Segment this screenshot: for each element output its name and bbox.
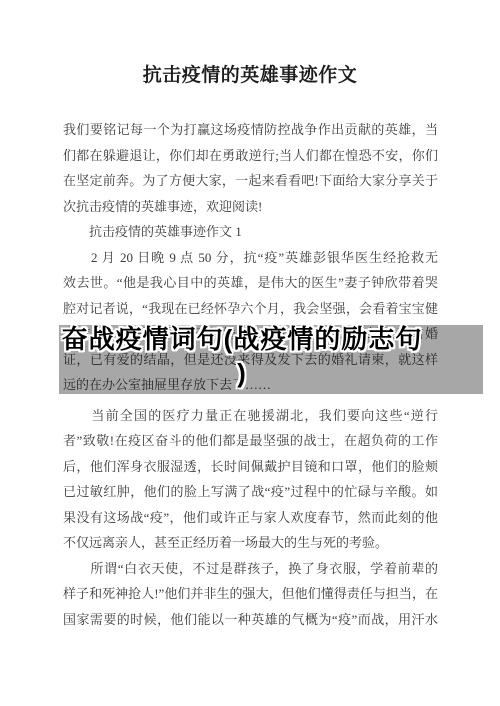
text-line: 已过敏红肿，他们的脸上写满了战“疫”过程中的忙碌与辛酸。如 — [63, 479, 438, 505]
text-line: 们都在躲避退让，你们却在勇敢逆行;当人们都在惶恐不安，你们却 — [63, 143, 438, 169]
banner-title-line2: ) — [0, 356, 492, 390]
document-page: 抗击疫情的英雄事迹作文 我们要铭记每一个为打赢这场疫情防控战争作出贡献的英雄，当… — [0, 0, 500, 706]
text-line: 者”致敬!在疫区奋斗的他们都是最坚强的战士，在超负荷的工作 — [63, 428, 438, 454]
text-line: 2 月 20 日晚 9 点 50 分，抗“疫”英雄彭银华医生经抢救无 — [63, 245, 438, 271]
text-line: 当前全国的医疗力量正在驰援湖北，我们要向这些“逆行 — [63, 403, 438, 429]
paragraph-frontline: 当前全国的医疗力量正在驰援湖北，我们要向这些“逆行 者”致敬!在疫区奋斗的他们都… — [63, 403, 438, 556]
text-line: 所谓“白衣天使，不过是群孩子，换了身衣服，学着前辈的 — [63, 556, 438, 582]
text-line: 抗击疫情的英雄事迹作文 1 — [63, 219, 438, 245]
paragraph-angels: 所谓“白衣天使，不过是群孩子，换了身衣服，学着前辈的 样子和死神抢人!”他们并非… — [63, 556, 438, 633]
text-line: 国家需要的时候，他们能以一种英雄的气概为“疫”而战，用汗水 — [63, 607, 438, 633]
paragraph-intro: 我们要铭记每一个为打赢这场疫情防控战争作出贡献的英雄，当人 们都在躲避退让，你们… — [63, 117, 438, 219]
article-title: 抗击疫情的英雄事迹作文 — [0, 60, 500, 87]
text-line: 样子和死神抢人!”他们并非生的强大，但他们懂得责任与担当，在 — [63, 581, 438, 607]
text-line: 不仅远离亲人，甚至正经历着一场最大的生与死的考验。 — [63, 530, 438, 556]
overlay-banner-title: 奋战疫情词句(战疫情的励志句 ) — [0, 322, 492, 390]
text-line: 腔对记者说，“我现在已经怀孕六个月，我会坚强，会看着宝宝健 — [63, 296, 438, 322]
paragraph-section-heading: 抗击疫情的英雄事迹作文 1 — [63, 219, 438, 245]
text-line: 在坚定前奔。为了方便大家，一起来看看吧!下面给大家分享关于这 — [63, 168, 438, 194]
text-line: 次抗击疫情的英雄事迹，欢迎阅读! — [63, 194, 438, 220]
text-line: 果没有这场战“疫”，他们或许正与家人欢度春节，然而此刻的他们 — [63, 505, 438, 531]
text-line: 后，他们浑身衣服湿透，长时间佩戴护目镜和口罩，他们的脸颊都 — [63, 454, 438, 480]
banner-title-line1: 奋战疫情词句(战疫情的励志句 — [0, 322, 492, 356]
text-line: 我们要铭记每一个为打赢这场疫情防控战争作出贡献的英雄，当人 — [63, 117, 438, 143]
text-line: 效去世。“他是我心目中的英雄，是伟大的医生”妻子钟欣带着哭 — [63, 270, 438, 296]
